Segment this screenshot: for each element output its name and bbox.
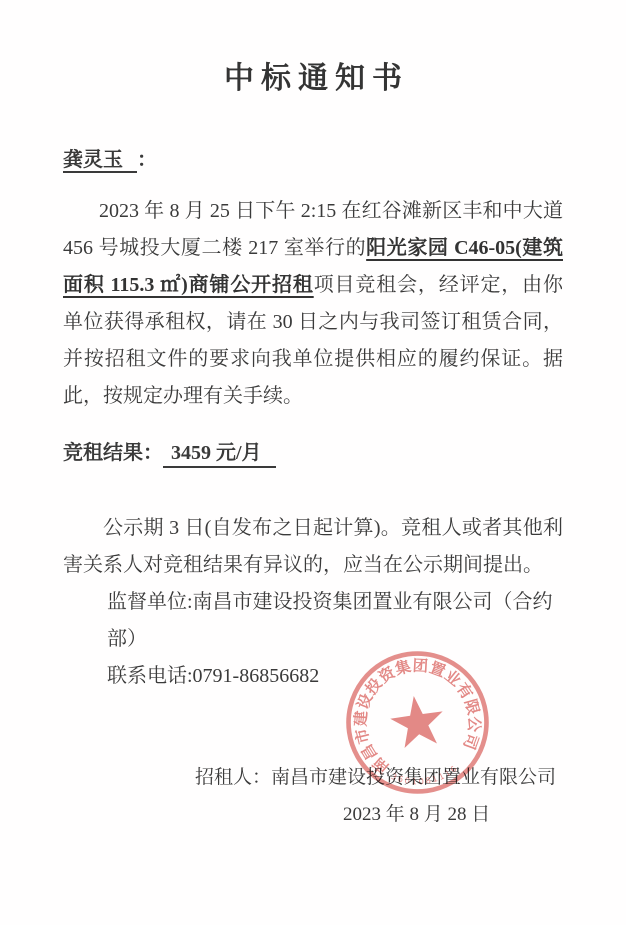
supervisor-line: 监督单位:南昌市建设投资集团置业有限公司（合约部） [63, 584, 563, 658]
addressee-colon: ： [137, 149, 157, 171]
document-page: 中标通知书 龚灵玉： 2023 年 8 月 25 日下午 2:15 在红谷滩新区… [0, 0, 626, 925]
addressee-line: 龚灵玉： [63, 148, 563, 173]
result-line: 竞租结果：3459 元/月 [63, 441, 563, 468]
phone-line: 联系电话:0791-86856682 [63, 658, 563, 695]
addressee-name: 龚灵玉 [63, 149, 137, 173]
signature-block: 招租人：南昌市建设投资集团置业有限公司 2023 年 8 月 28 日 [63, 759, 563, 833]
result-value: 3459 元/月 [163, 442, 276, 468]
notice-block: 公示期 3 日(自发布之日起计算)。竞租人或者其他利害关系人对竞租结果有异议的，… [63, 510, 563, 695]
body-paragraph-1: 2023 年 8 月 25 日下午 2:15 在红谷滩新区丰和中大道 456 号… [63, 193, 563, 415]
document-content: 中标通知书 龚灵玉： 2023 年 8 月 25 日下午 2:15 在红谷滩新区… [63, 0, 563, 833]
document-title: 中标通知书 [63, 58, 563, 100]
result-label: 竞租结果： [63, 442, 163, 464]
signer-line: 招租人：南昌市建设投资集团置业有限公司 [63, 759, 563, 796]
date-line: 2023 年 8 月 28 日 [63, 796, 563, 833]
notice-paragraph: 公示期 3 日(自发布之日起计算)。竞租人或者其他利害关系人对竞租结果有异议的，… [63, 510, 563, 584]
